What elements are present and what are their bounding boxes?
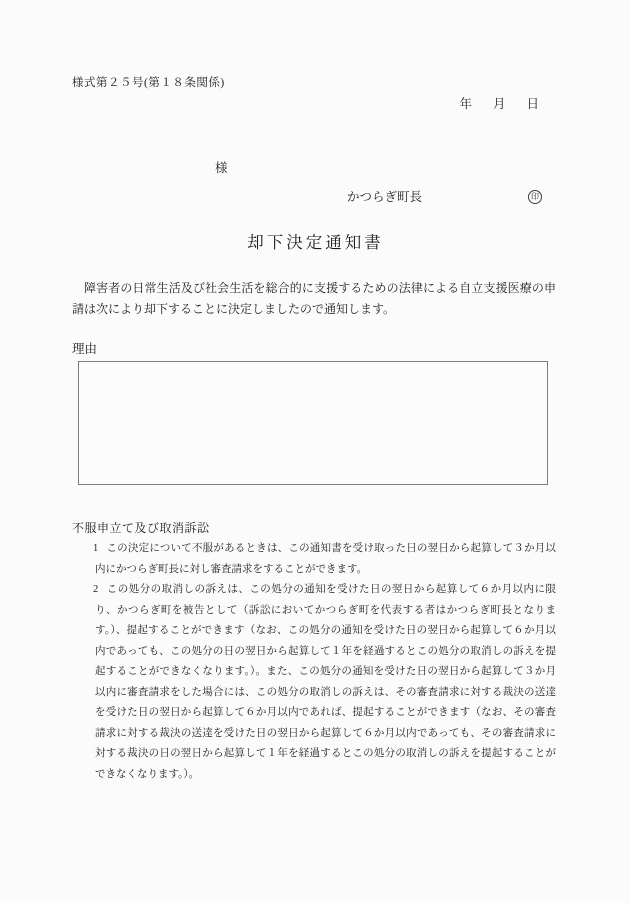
appeal-item-1-text: この決定について不服があるときは、この通知書を受け取った日の翌日から起算して３か… (95, 543, 556, 575)
issuer-title: かつらぎ町長 (347, 189, 422, 205)
seal-icon: 印 (528, 190, 542, 204)
appeal-item-2-number: 2 (93, 580, 98, 601)
appeal-item-2: 2この処分の取消しの訴えは、この処分の通知を受けた日の翌日から起算して６か月以内… (72, 580, 556, 785)
form-number: 様式第２５号(第１８条関係) (72, 76, 556, 90)
seal-character: 印 (531, 192, 539, 201)
date-day-label: 日 (526, 96, 539, 112)
appeal-item-1: 1この決定について不服があるときは、この通知書を受け取った日の翌日から起算して３… (72, 539, 556, 580)
reason-field (78, 361, 548, 485)
date-line: 年月日 (72, 96, 556, 112)
document-page: 様式第２５号(第１８条関係) 年月日 様 かつらぎ町長 印 却下決定通知書 障害… (0, 0, 630, 903)
appeal-list: 1この決定について不服があるときは、この通知書を受け取った日の翌日から起算して３… (72, 539, 556, 785)
addressee-line: 様 (72, 160, 556, 176)
body-paragraph: 障害者の日常生活及び社会生活を総合的に支援するための法律による自立支援医療の申請… (72, 278, 556, 320)
page-title: 却下決定通知書 (72, 231, 556, 255)
date-year-label: 年 (459, 97, 472, 111)
issuer-line: かつらぎ町長 印 (72, 189, 556, 205)
reason-label: 理由 (72, 341, 556, 357)
date-month-label: 月 (493, 96, 506, 112)
addressee-honorific: 様 (215, 161, 228, 175)
appeal-item-1-number: 1 (93, 539, 98, 560)
appeal-item-2-text: この処分の取消しの訴えは、この処分の通知を受けた日の翌日から起算して６か月以内に… (95, 584, 556, 780)
appeal-section-heading: 不服申立て及び取消訴訟 (72, 520, 556, 536)
